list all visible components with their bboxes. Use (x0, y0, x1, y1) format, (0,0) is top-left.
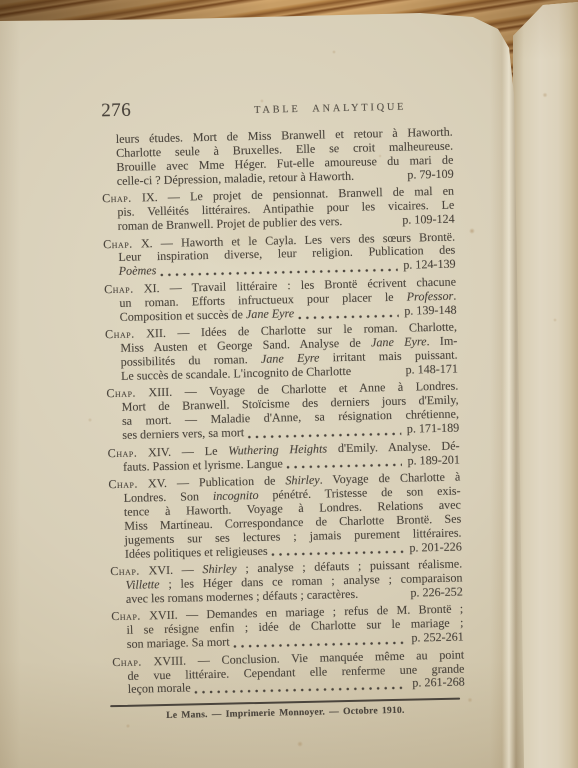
page-ref: p. 171-189 (407, 422, 460, 437)
toc-entry: Chap. XVIII. — Conclusion. Vie manquée m… (112, 648, 465, 697)
page-ref: p. 139-148 (404, 303, 457, 318)
dot-leader (233, 634, 406, 650)
leader-gap (342, 224, 400, 225)
toc-entry: leurs études. Mort de Miss Branwell et r… (101, 126, 454, 189)
dot-leader (247, 425, 401, 440)
text-run: fauts. Passion et lyrisme. Langue (123, 456, 283, 473)
toc-line-text: Idées politiques et religieuses (125, 544, 268, 561)
text-run: . Im- (426, 334, 457, 349)
dot-leader (194, 679, 407, 696)
page-ref: p. 201-226 (409, 540, 462, 555)
text-run: Idées politiques et religieuses (125, 543, 268, 560)
text-run: Jane Eyre (371, 334, 427, 349)
text-run: Villette (125, 577, 159, 592)
text-run: Chap. (108, 445, 138, 460)
toc-entry: Chap. XII. — Idées de Charlotte sur le r… (105, 321, 458, 384)
toc-line-text: ses derniers vers, sa mort (122, 426, 244, 443)
dot-leader (270, 543, 403, 558)
text-run: Chap. (105, 327, 135, 342)
printer-imprint: Le Mans. — Imprimerie Monnoyer. — Octobr… (110, 704, 460, 723)
toc-line-text: avec les romans modernes ; défauts ; car… (126, 588, 359, 607)
toc-line-text: son mariage. Sa mort (127, 636, 230, 652)
text-run: Chap. (106, 386, 136, 401)
text-run: Chap. (103, 236, 133, 251)
text-run: Chap. (104, 281, 134, 296)
text-run: Professor (407, 288, 454, 303)
page-ref: p. 252-261 (411, 631, 464, 646)
toc-line-text: fauts. Passion et lyrisme. Langue (123, 457, 283, 474)
leader-gap (358, 597, 408, 598)
toc-line-text: leçon morale (128, 682, 191, 697)
text-run: Shirley (202, 561, 237, 576)
toc-entry: Chap. XVI. — Shirley ; analyse ; défauts… (110, 558, 463, 607)
text-run: Chap. (112, 654, 142, 669)
toc-entry: Chap. XIV. — Le Wuthering Heights d'Emil… (108, 439, 461, 474)
text-run: ses derniers vers, sa mort (122, 425, 244, 442)
toc-entry: Chap. XIII. — Voyage de Charlotte et Ann… (106, 380, 459, 443)
toc-entry: Chap. X. — Haworth et le Cayla. Les vers… (103, 230, 456, 279)
text-run: son mariage. Sa mort (127, 635, 230, 651)
page-ref: p. 148-171 (405, 362, 458, 377)
text-run: Composition et succès de (120, 307, 247, 324)
photo-of-book-page: 276 TABLE ANALYTIQUE leurs études. Mort … (0, 0, 578, 768)
text-run: XVI. — (140, 562, 203, 577)
text-run: Wuthering Heights (228, 441, 327, 457)
toc-entry: Chap. IX. — Le projet de pensionnat. Bra… (102, 185, 455, 234)
toc-line-text: Le succès de scandale. L'incognito de Ch… (121, 365, 351, 384)
page-ref: p. 79-109 (407, 167, 454, 182)
leader-gap (351, 374, 403, 375)
running-header: TABLE ANALYTIQUE (218, 101, 442, 117)
dot-leader (297, 306, 398, 320)
page-ref: p. 189-201 (407, 453, 460, 468)
text-run: incognito (213, 488, 259, 503)
text-run: Jane Eyre (261, 351, 320, 366)
text-run: Chap. (110, 564, 140, 579)
printed-content: 276 TABLE ANALYTIQUE leurs études. Mort … (0, 0, 578, 768)
toc-line-text: roman de Branwell. Projet de publier des… (118, 215, 343, 234)
leader-gap (354, 178, 405, 179)
page-number: 276 (101, 100, 131, 123)
page-ref: p. 261-268 (412, 676, 465, 691)
toc-entry: Chap. XVII. — Demandes en mariage ; refu… (111, 603, 464, 652)
text-run: . (453, 288, 456, 302)
page-ref: p. 226-252 (410, 585, 463, 600)
toc-entries: leurs études. Mort de Miss Branwell et r… (101, 126, 465, 698)
text-run: Jane Eyre (246, 306, 295, 321)
toc-line-text: celle-ci ? Dépression, maladie, retour à… (117, 169, 355, 188)
toc-line-text: Poèmes (119, 264, 157, 279)
text-run: Chap. (111, 609, 141, 624)
page-ref: p. 124-139 (403, 258, 456, 273)
text-run: Shirley (285, 473, 320, 488)
text-run: leçon morale (128, 681, 191, 696)
page-ref: p. 109-124 (402, 213, 455, 228)
text-run: Poèmes (119, 263, 157, 278)
toc-entry: Chap. XI. — Travail littéraire : les Bro… (104, 275, 457, 324)
text-run: Chap. (108, 477, 138, 492)
dot-leader (286, 456, 402, 471)
text-run: Chap. (102, 191, 132, 206)
toc-entry: Chap. XV. — Publication de Shirley. Voya… (108, 471, 462, 562)
toc-line-text: Composition et succès de Jane Eyre (120, 307, 295, 325)
